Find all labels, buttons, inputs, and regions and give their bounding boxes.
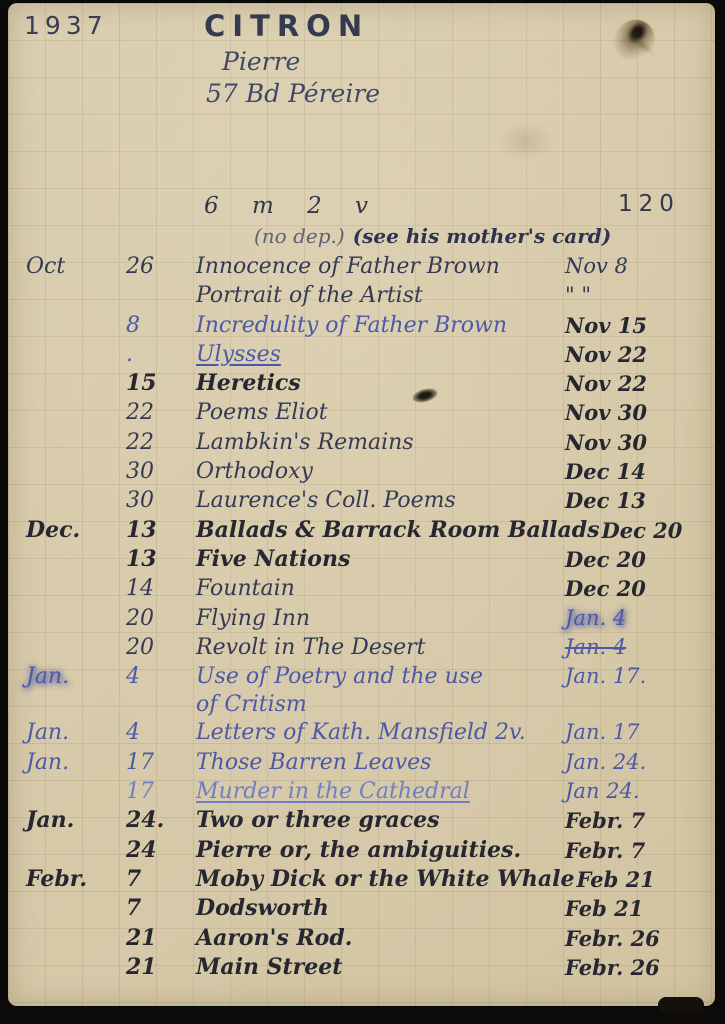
return-date: Dec 20 xyxy=(600,516,725,545)
ledger-row: Portrait of the Artist " " xyxy=(20,281,707,310)
borrow-day: 22 xyxy=(126,398,196,427)
return-date: Jan. 17. xyxy=(563,662,707,691)
book-title: Revolt in The Desert xyxy=(196,633,563,662)
paper-stain xyxy=(496,121,556,161)
book-title-line1: Ulysses xyxy=(196,342,281,367)
book-title-line1: Dodsworth xyxy=(196,895,329,921)
borrow-day: 15 xyxy=(126,369,196,398)
book-title: Ulysses xyxy=(196,340,563,369)
return-date: Jan. 4 xyxy=(563,633,707,662)
ledger-row: 21 Main Street Febr. 26 xyxy=(20,953,707,982)
book-title: Dodsworth xyxy=(196,894,563,923)
return-date: Nov 30 xyxy=(563,398,707,427)
ledger-row: Jan. 4 Use of Poetry and the useof Criti… xyxy=(20,662,707,718)
ledger-row: Febr. 7 Moby Dick or the White Whale Feb… xyxy=(20,865,707,894)
return-date: Jan. 24. xyxy=(563,748,707,777)
book-title: Poems Eliot xyxy=(196,398,563,427)
book-title: Two or three graces xyxy=(196,806,563,835)
return-date: Nov 8 xyxy=(563,252,707,281)
book-title: Incredulity of Father Brown xyxy=(196,311,563,340)
cardholder-first-name: Pierre xyxy=(222,47,300,76)
borrow-day: 26 xyxy=(126,252,196,281)
note-line: (no dep.)(see his mother's card) xyxy=(254,224,611,248)
return-date: Dec 20 xyxy=(563,545,707,574)
ledger-row: 7 Dodsworth Feb 21 xyxy=(20,894,707,923)
ledger-row: 30 Laurence's Coll. Poems Dec 13 xyxy=(20,486,707,515)
borrow-day: 7 xyxy=(126,865,196,894)
borrow-month: Jan. xyxy=(20,748,126,777)
borrow-day: 17 xyxy=(126,748,196,777)
ledger: Oct 26 Innocence of Father Brown Nov 8 P… xyxy=(20,252,707,982)
book-title-line1: Those Barren Leaves xyxy=(196,750,431,775)
borrow-day: 30 xyxy=(126,457,196,486)
borrow-month: Jan. xyxy=(20,662,126,691)
book-title-line1: Laurence's Coll. Poems xyxy=(196,488,456,513)
book-title: Lambkin's Remains xyxy=(196,428,563,457)
book-title-line1: Innocence of Father Brown xyxy=(196,254,500,279)
ledger-row: 8 Incredulity of Father Brown Nov 15 xyxy=(20,311,707,340)
return-date: Nov 15 xyxy=(563,311,707,340)
book-title: Flying Inn xyxy=(196,604,563,633)
book-title-line1: Heretics xyxy=(196,370,301,396)
return-date: Nov 22 xyxy=(563,369,707,398)
ledger-row: 20 Flying Inn Jan. 4 xyxy=(20,604,707,633)
return-date: Feb 21 xyxy=(575,865,719,894)
book-title-line1: Main Street xyxy=(196,954,342,980)
book-title: Five Nations xyxy=(196,545,563,574)
borrow-day: 30 xyxy=(126,486,196,515)
book-title: Letters of Kath. Mansfield 2v. xyxy=(196,718,563,747)
ledger-row: 17 Murder in the Cathedral Jan 24. xyxy=(20,777,707,806)
return-date: Feb 21 xyxy=(563,894,707,923)
borrow-day: 13 xyxy=(126,545,196,574)
borrow-day: 20 xyxy=(126,604,196,633)
borrow-day: 21 xyxy=(126,953,196,982)
book-title-line1: Two or three graces xyxy=(196,807,440,833)
book-title: Heretics xyxy=(196,369,563,398)
return-date: Jan. 4 xyxy=(563,604,707,633)
borrow-day: 17 xyxy=(126,777,196,806)
ledger-row: 15 Heretics Nov 22 xyxy=(20,369,707,398)
ledger-row: 21 Aaron's Rod. Febr. 26 xyxy=(20,924,707,953)
ledger-row: 24 Pierre or, the ambiguities. Febr. 7 xyxy=(20,836,707,865)
borrow-day: . xyxy=(126,340,196,369)
return-date: Dec 13 xyxy=(563,486,707,515)
book-title: Orthodoxy xyxy=(196,457,563,486)
borrow-day: 4 xyxy=(126,662,196,691)
return-date: Nov 22 xyxy=(563,340,707,369)
borrow-month: Oct xyxy=(20,252,126,281)
book-title-line1: Flying Inn xyxy=(196,606,310,631)
ledger-row: . Ulysses Nov 22 xyxy=(20,340,707,369)
book-title-line1: Revolt in The Desert xyxy=(196,635,426,660)
book-title: Pierre or, the ambiguities. xyxy=(196,836,563,865)
borrow-day: 4 xyxy=(126,718,196,747)
ledger-row: 22 Poems Eliot Nov 30 xyxy=(20,398,707,427)
return-date: Febr. 26 xyxy=(563,924,707,953)
book-title: Use of Poetry and the useof Critism xyxy=(196,662,563,718)
book-title: Those Barren Leaves xyxy=(196,748,563,777)
borrow-month: Jan. xyxy=(20,806,126,835)
book-title: Portrait of the Artist xyxy=(196,281,563,310)
borrow-day: 14 xyxy=(126,574,196,603)
book-title: Ballads & Barrack Room Ballads xyxy=(196,516,600,545)
book-title-line1: Portrait of the Artist xyxy=(196,283,423,308)
subscription-terms: 6 m 2 v xyxy=(204,193,370,219)
book-title-line1: Pierre or, the ambiguities. xyxy=(196,837,521,863)
subscription-fee: 120 xyxy=(618,191,680,217)
cardholder-address: 57 Bd Péreire xyxy=(206,79,380,108)
book-title-line1: Use of Poetry and the use xyxy=(196,664,483,689)
ledger-row: Oct 26 Innocence of Father Brown Nov 8 xyxy=(20,252,707,281)
return-date: Febr. 7 xyxy=(563,806,707,835)
return-date: " " xyxy=(563,281,707,310)
return-date: Febr. 26 xyxy=(563,953,707,982)
book-title-line1: Ballads & Barrack Room Ballads xyxy=(196,517,600,543)
book-title: Main Street xyxy=(196,953,563,982)
scan-background: 1937 CITRON Pierre 57 Bd Péreire 6 m 2 v… xyxy=(0,0,725,1024)
borrow-month: Jan. xyxy=(20,718,126,747)
return-date: Febr. 7 xyxy=(563,836,707,865)
library-card: 1937 CITRON Pierre 57 Bd Péreire 6 m 2 v… xyxy=(8,3,715,1006)
year-label: 1937 xyxy=(24,11,108,40)
card-edge-chip xyxy=(658,997,704,1011)
ledger-row: 20 Revolt in The Desert Jan. 4 xyxy=(20,633,707,662)
book-title-line1: Poems Eliot xyxy=(196,400,328,425)
book-title-line1: Murder in the Cathedral xyxy=(196,779,470,804)
book-title-line1: Moby Dick or the White Whale xyxy=(196,866,575,892)
book-title-line1: Five Nations xyxy=(196,546,350,572)
ledger-row: 14 Fountain Dec 20 xyxy=(20,574,707,603)
ledger-row: Jan. 4 Letters of Kath. Mansfield 2v. Ja… xyxy=(20,718,707,747)
note-no-deposit: (no dep.) xyxy=(254,224,345,248)
borrow-day: 21 xyxy=(126,924,196,953)
borrow-day: 22 xyxy=(126,428,196,457)
borrow-month: Febr. xyxy=(20,865,126,894)
book-title: Aaron's Rod. xyxy=(196,924,563,953)
book-title: Laurence's Coll. Poems xyxy=(196,486,563,515)
book-title-line1: Lambkin's Remains xyxy=(196,430,414,455)
return-date: Nov 30 xyxy=(563,428,707,457)
book-title-line1: Aaron's Rod. xyxy=(196,925,352,951)
book-title-line2: of Critism xyxy=(196,691,563,718)
book-title-line1: Orthodoxy xyxy=(196,459,313,484)
borrow-day: 13 xyxy=(126,516,196,545)
return-date: Jan. 17 xyxy=(563,718,707,747)
borrow-month: Dec. xyxy=(20,516,126,545)
borrow-day: 7 xyxy=(126,894,196,923)
book-title: Murder in the Cathedral xyxy=(196,777,563,806)
return-date: Jan 24. xyxy=(563,777,707,806)
book-title-line1: Letters of Kath. Mansfield 2v. xyxy=(196,720,526,745)
return-date: Dec 20 xyxy=(563,574,707,603)
ledger-row: 22 Lambkin's Remains Nov 30 xyxy=(20,428,707,457)
book-title-line1: Fountain xyxy=(196,576,295,601)
return-date: Dec 14 xyxy=(563,457,707,486)
ledger-row: Jan. 17 Those Barren Leaves Jan. 24. xyxy=(20,748,707,777)
ledger-row: 30 Orthodoxy Dec 14 xyxy=(20,457,707,486)
borrow-day: 24. xyxy=(126,806,196,835)
ledger-row: Jan. 24. Two or three graces Febr. 7 xyxy=(20,806,707,835)
book-title: Innocence of Father Brown xyxy=(196,252,563,281)
borrow-day: 24 xyxy=(126,836,196,865)
note-see-mothers-card: (see his mother's card) xyxy=(353,224,612,248)
borrow-day: 8 xyxy=(126,311,196,340)
borrow-day: 20 xyxy=(126,633,196,662)
book-title: Moby Dick or the White Whale xyxy=(196,865,575,894)
book-title: Fountain xyxy=(196,574,563,603)
ledger-row: Dec. 13 Ballads & Barrack Room Ballads D… xyxy=(20,516,707,545)
ledger-row: 13 Five Nations Dec 20 xyxy=(20,545,707,574)
book-title-line1: Incredulity of Father Brown xyxy=(196,313,507,338)
cardholder-surname: CITRON xyxy=(204,9,369,43)
